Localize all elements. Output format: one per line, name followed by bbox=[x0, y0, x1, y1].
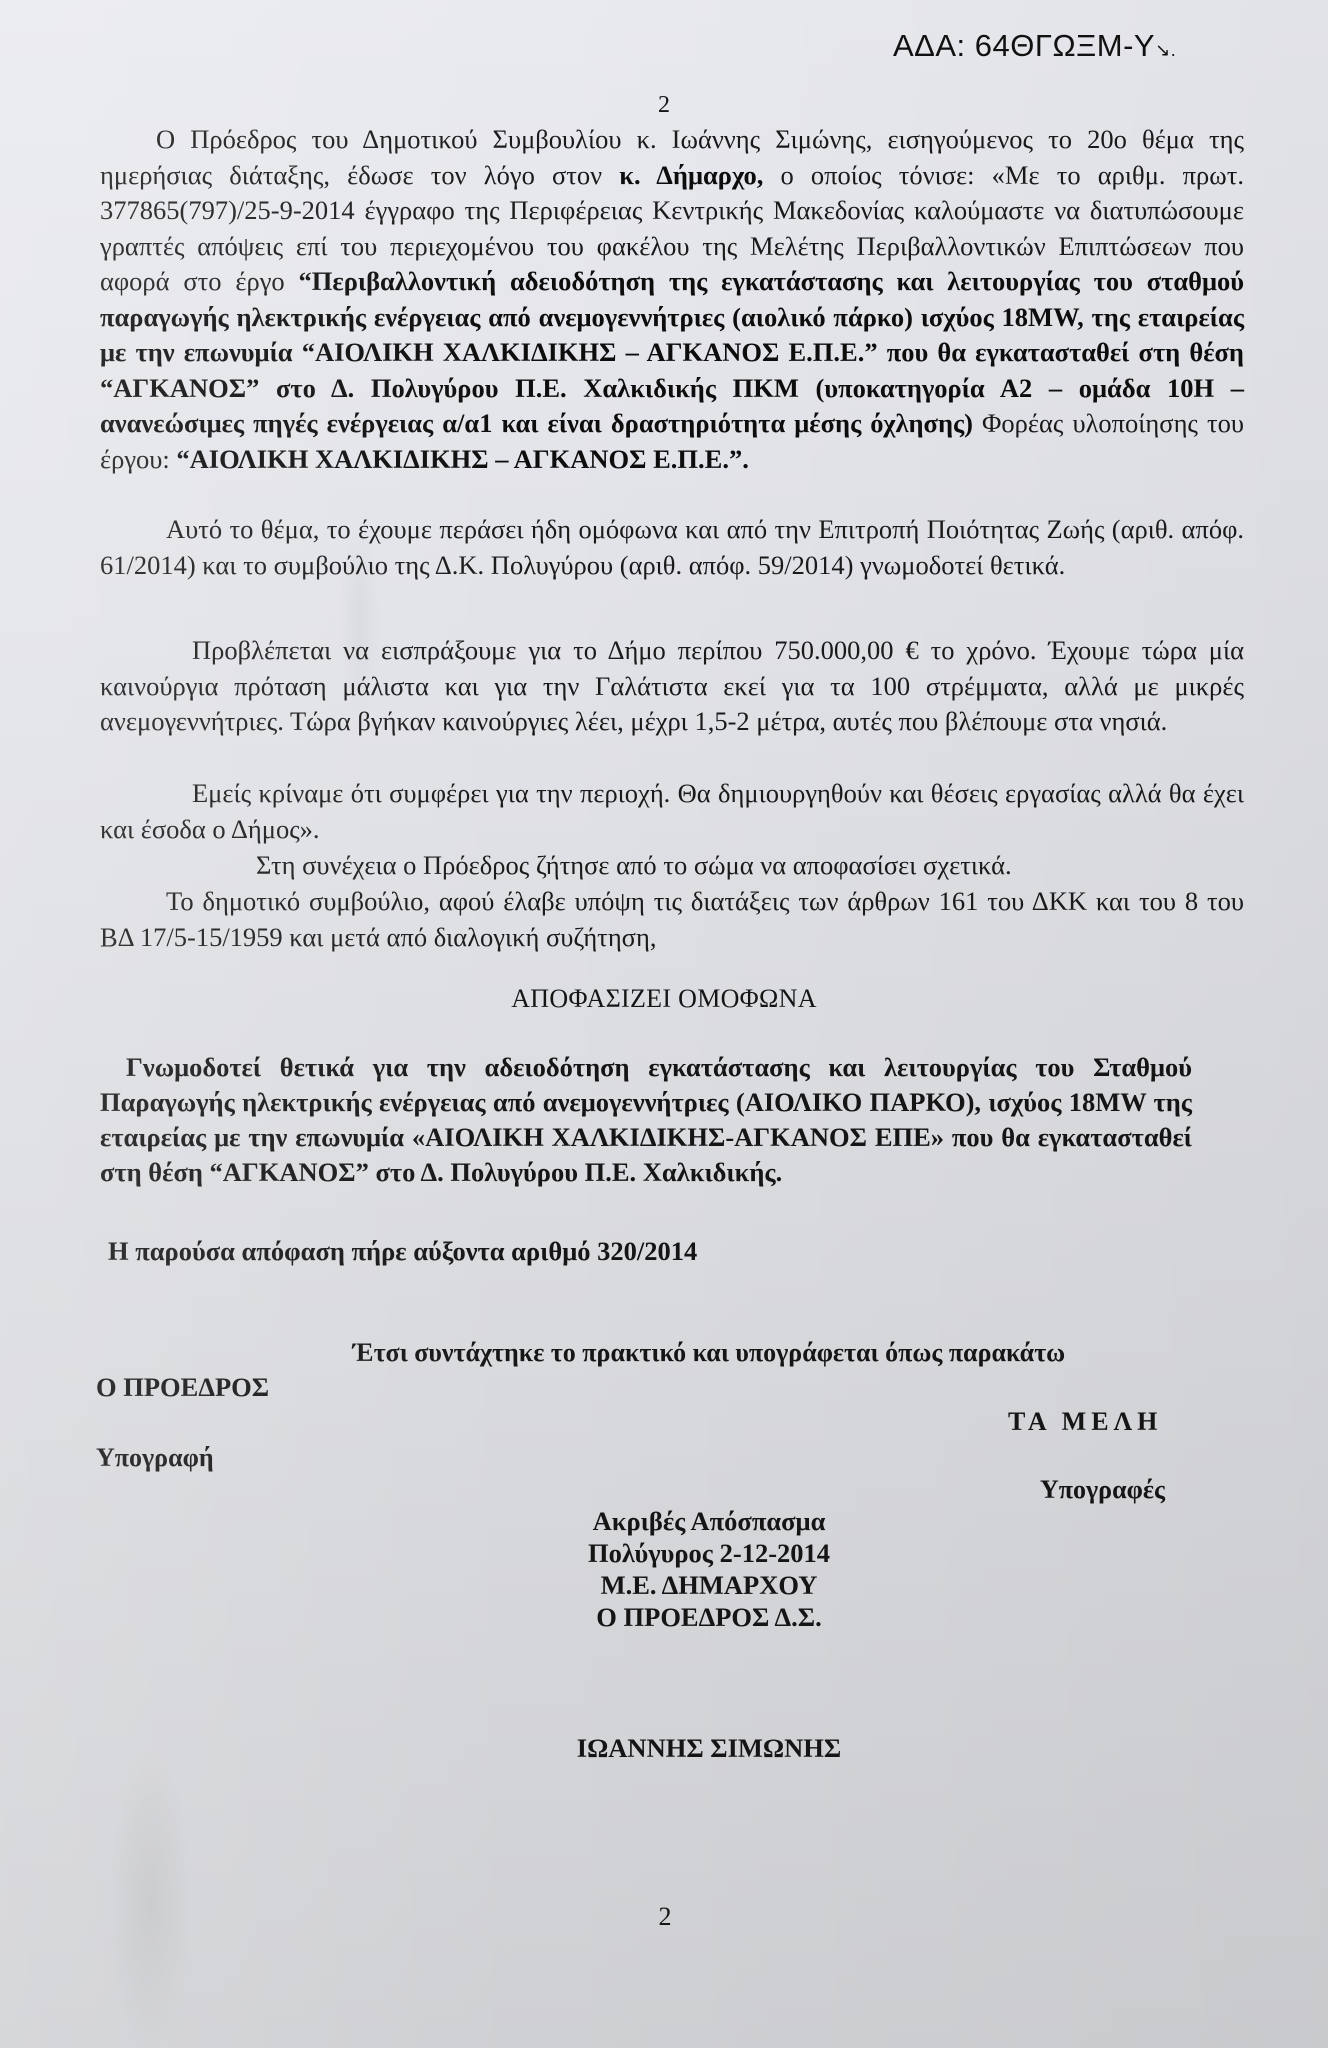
p1-bold-company: “ΑΙΟΛΙΚΗ ΧΑΛΚΙΔΙΚΗΣ – ΑΓΚΑΝΟΣ Ε.Π.Ε.”. bbox=[176, 444, 748, 474]
ada-code-text: ΑΔΑ: 64ΘΓΩΞΜ-Υ bbox=[893, 28, 1155, 63]
paragraph-revenue: Προβλέπεται να εισπράξουμε για το Δήμο π… bbox=[100, 633, 1244, 740]
paragraph-council: Το δημοτικό συμβούλιο, αφού έλαβε υπόψη … bbox=[100, 884, 1244, 955]
paragraph-committee-text: Αυτό το θέμα, το έχουμε περάσει ήδη ομόφ… bbox=[100, 512, 1244, 583]
paragraph-president-request: Στη συνέχεια ο Πρόεδρος ζήτησε από το σώ… bbox=[100, 848, 1244, 884]
members-label: ΤΑ ΜΕΛΗ bbox=[1008, 1407, 1162, 1437]
paragraph-committee: Αυτό το θέμα, το έχουμε περάσει ήδη ομόφ… bbox=[100, 512, 1244, 583]
extract-line-title: Ακριβές Απόσπασμα bbox=[90, 1505, 1328, 1537]
paragraph-mayor-statement: Ο Πρόεδρος του Δημοτικού Συμβουλίου κ. Ι… bbox=[100, 122, 1244, 477]
president-label: Ο ΠΡΟΕΔΡΟΣ bbox=[96, 1372, 269, 1403]
signed-as-text: Έτσι συντάχτηκε το πρακτικό και υπογράφε… bbox=[0, 1338, 1328, 1368]
page-number-bottom: 2 bbox=[0, 1902, 1328, 1932]
president-signature: Υπογραφή bbox=[96, 1443, 214, 1473]
extract-line-president: Ο ΠΡΟΕΔΡΟΣ Δ.Σ. bbox=[90, 1601, 1328, 1633]
paragraph-benefit-text: Εμείς κρίναμε ότι συμφέρει για την περιο… bbox=[100, 776, 1244, 847]
signer-name: ΙΩΑΝΝΗΣ ΣΙΜΩΝΗΣ bbox=[0, 1733, 1328, 1764]
paragraph-president-request-text: Στη συνέχεια ο Πρόεδρος ζήτησε από το σώ… bbox=[100, 848, 1244, 884]
p1-bold-mayor: κ. Δήμαρχο, bbox=[619, 160, 763, 190]
ada-code: ΑΔΑ: 64ΘΓΩΞΜ-Υ↘. bbox=[893, 28, 1176, 64]
certified-extract-block: Ακριβές Απόσπασμα Πολύγυρος 2-12-2014 Μ.… bbox=[0, 1505, 1328, 1633]
ada-code-mark: ↘. bbox=[1155, 40, 1176, 60]
page-number-top: 2 bbox=[0, 92, 1328, 119]
document-page: ΑΔΑ: 64ΘΓΩΞΜ-Υ↘. 2 Ο Πρόεδρος του Δημοτι… bbox=[0, 0, 1328, 2048]
decides-heading: ΑΠΟΦΑΣΙΖΕΙ ΟΜΟΦΩΝΑ bbox=[0, 984, 1328, 1014]
decision-text: Γνωμοδοτεί θετικά για την αδειοδότηση εγ… bbox=[100, 1050, 1192, 1190]
extract-line-date: Πολύγυρος 2-12-2014 bbox=[90, 1537, 1328, 1569]
extract-line-mayor: Μ.Ε. ΔΗΜΑΡΧΟΥ bbox=[90, 1569, 1328, 1601]
paragraph-revenue-text: Προβλέπεται να εισπράξουμε για το Δήμο π… bbox=[100, 633, 1244, 740]
members-signatures: Υπογραφές bbox=[1040, 1475, 1165, 1505]
paragraph-benefit: Εμείς κρίναμε ότι συμφέρει για την περιο… bbox=[100, 776, 1244, 847]
paragraph-council-text: Το δημοτικό συμβούλιο, αφού έλαβε υπόψη … bbox=[100, 884, 1244, 955]
serial-number-text: Η παρούσα απόφαση πήρε αύξοντα αριθμό 32… bbox=[108, 1236, 697, 1267]
